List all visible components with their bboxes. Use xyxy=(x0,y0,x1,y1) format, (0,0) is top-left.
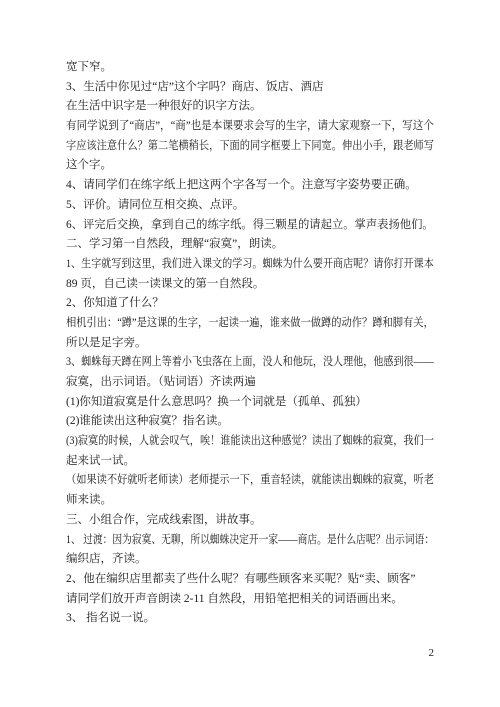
section-heading: 二、学习第一自然段，理解“寂寞”，朗读。 xyxy=(66,235,434,255)
text-line: (1)你知道寂寞是什么意思吗？换一个词就是（孤单、孤独） xyxy=(66,393,434,413)
text-line: 5、评价。请同位互相交换、点评。 xyxy=(66,196,434,216)
text-line: 6、评完后交换，拿到自己的练字纸。得三颗星的请起立。掌声表扬他们。 xyxy=(66,216,428,236)
text-line: 字应该注意什么？第二笔横稍长，下面的同字框要上下同宽。伸出小手，跟老师写 xyxy=(66,137,393,157)
text-line: 所以是足字旁。 xyxy=(66,334,434,354)
text-line: 这个字。 xyxy=(66,156,434,176)
text-line: 在生活中识字是一种很好的识字方法。 xyxy=(66,97,434,117)
text-line: 2、你知道了什么？ xyxy=(66,294,434,314)
page-number: 2 xyxy=(66,647,434,659)
text-line: （如果读不好就听老师读）老师提示一下，重音轻读，就能读出蜘蛛的寂寞，听老 xyxy=(66,471,393,491)
text-line: 请同学们放开声音朗读 2-11 自然段，用铅笔把相关的词语画出来。 xyxy=(66,590,434,610)
text-line: 寂寞，出示词语。（贴词语）齐读两遍 xyxy=(66,373,434,393)
text-line: 2、他在编织店里都卖了些什么呢？有哪些顾客来买呢？贴“卖、顾客” xyxy=(66,570,434,590)
text-line: 有同学说到了“商店”，“商”也是本课要求会写的生字，请大家观察一下，写这个 xyxy=(66,117,405,137)
text-line: 1、 过渡：因为寂寞、无聊，所以蜘蛛决定开一家——商店。是什么店呢？出示词语： xyxy=(66,531,378,551)
text-line: 89 页，自己读一读课文的第一自然段。 xyxy=(66,275,434,295)
text-line: 1、生字就写到这里，我们进入课文的学习。蜘蛛为什么要开商店呢？请你打开课本 xyxy=(66,255,388,275)
text-line: 4、请同学们在练字纸上把这两个字各写一个。注意写字姿势要正确。 xyxy=(66,176,434,196)
text-line: 师来读。 xyxy=(66,491,434,511)
section-heading: 三、小组合作，完成线索图，讲故事。 xyxy=(66,511,434,531)
text-line: (3)寂寞的时候，人就会叹气，唉！谁能读出这种感觉？读出了蜘蛛的寂寞，我们一 xyxy=(66,432,392,452)
text-line: 编织店，齐读。 xyxy=(66,550,434,570)
text-line: 3、 指名说一说。 xyxy=(66,609,434,629)
text-line: 3、生活中你见过“店”这个字吗？商店、饭店、酒店 xyxy=(66,78,434,98)
document-page-body: 宽下窄。 3、生活中你见过“店”这个字吗？商店、饭店、酒店 在生活中识字是一种很… xyxy=(66,58,434,629)
text-line: 起来试一试。 xyxy=(66,452,434,472)
text-line: 相机引出：“蹲”是这课的生字，一起读一遍，谁来做一做蹲的动作？蹲和脚有关， xyxy=(66,314,394,334)
text-line: 宽下窄。 xyxy=(66,58,434,78)
text-line: (2)谁能读出这种寂寞？指名读。 xyxy=(66,412,434,432)
text-line: 3、蜘蛛每天蹲在网上等着小飞虫落在上面，没人和他玩，没人理他，他感到很—— xyxy=(66,353,388,373)
